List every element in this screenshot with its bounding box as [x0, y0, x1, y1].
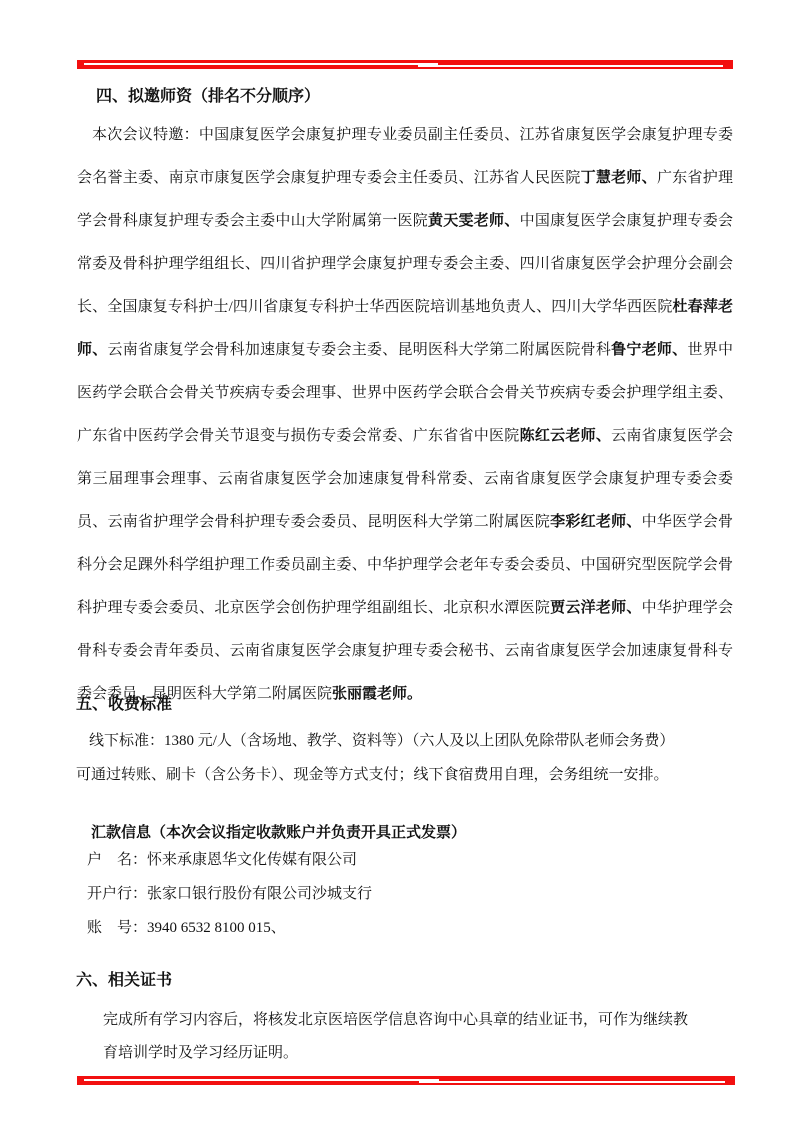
document-page: 四、拟邀师资（排名不分顺序） 本次会议特邀：中国康复医学会康复护理专业委员副主任… — [0, 0, 800, 1131]
faculty-paragraph: 本次会议特邀：中国康复医学会康复护理专业委员副主任委员、江苏省康复医学会康复护理… — [77, 114, 733, 716]
divider-slit — [84, 1079, 439, 1081]
certificate-line: 完成所有学习内容后，将核发北京医培医学信息咨询中心具章的结业证书，可作为继续教 — [103, 1004, 735, 1037]
divider-slit — [418, 65, 723, 67]
divider-slit — [419, 1081, 725, 1083]
fee-payment-line: 可通过转账、刷卡（含公务卡）、现金等方式支付；线下食宿费用自理，会务组统一安排。 — [76, 758, 736, 792]
account-name-line: 户 名：怀来承康恩华文化传媒有限公司 — [87, 843, 372, 877]
bank-branch-line: 开户行：张家口银行股份有限公司沙城支行 — [87, 877, 372, 911]
red-divider-bottom — [77, 1076, 735, 1085]
section-heading-fees: 五、收费标准 — [76, 695, 172, 714]
section-heading-certificate: 六、相关证书 — [76, 971, 172, 990]
divider-slit — [84, 63, 438, 65]
section-heading-faculty: 四、拟邀师资（排名不分顺序） — [96, 87, 320, 106]
remittance-details: 户 名：怀来承康恩华文化传媒有限公司 开户行：张家口银行股份有限公司沙城支行 账… — [87, 843, 372, 945]
fees-paragraph: 线下标准：1380 元/人（含场地、教学、资料等）（六人及以上团队免除带队老师会… — [76, 724, 736, 792]
certificate-paragraph: 完成所有学习内容后，将核发北京医培医学信息咨询中心具章的结业证书，可作为继续教 … — [103, 1004, 735, 1070]
certificate-line: 育培训学时及学习经历证明。 — [103, 1037, 735, 1070]
remittance-heading: 汇款信息（本次会议指定收款账户并负责开具正式发票） — [91, 821, 466, 842]
red-divider-top — [77, 60, 733, 69]
account-number-line: 账 号：3940 6532 8100 015、 — [87, 911, 372, 945]
fee-standard-line: 线下标准：1380 元/人（含场地、教学、资料等）（六人及以上团队免除带队老师会… — [76, 724, 736, 758]
